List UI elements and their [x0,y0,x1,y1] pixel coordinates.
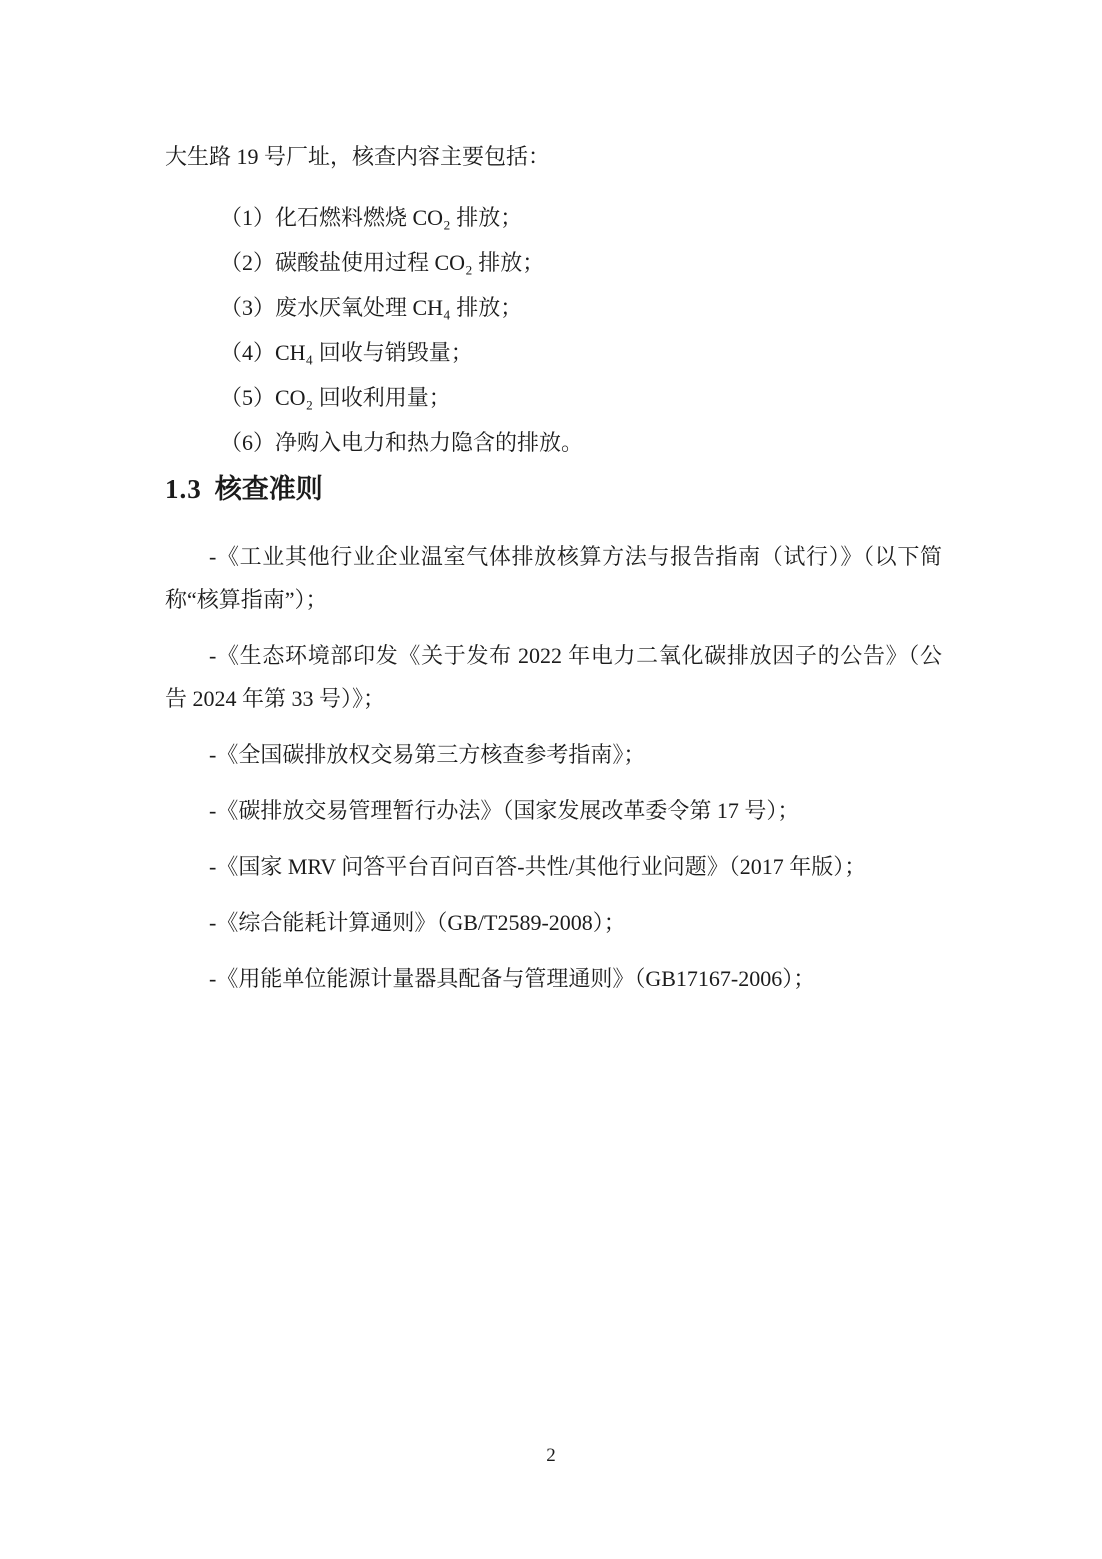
reference-item-5: -《国家 MRV 问答平台百问百答-共性/其他行业问题》（2017 年版）； [165,845,942,888]
scope-item-3: （3）废水厌氧处理 CH₄ 排放； [165,285,942,330]
verification-scope-list: （1）化石燃料燃烧 CO₂ 排放； （2）碳酸盐使用过程 CO₂ 排放； （3）… [165,195,942,465]
document-page: 大生路 19 号厂址，核查内容主要包括： （1）化石燃料燃烧 CO₂ 排放； （… [0,0,1102,1559]
reference-item-1: -《工业其他行业企业温室气体排放核算方法与报告指南（试行）》（以下简称“核算指南… [165,535,942,621]
reference-item-7: -《用能单位能源计量器具配备与管理通则》（GB17167-2006）； [165,957,942,1000]
scope-item-1: （1）化石燃料燃烧 CO₂ 排放； [165,195,942,240]
page-content: 大生路 19 号厂址，核查内容主要包括： （1）化石燃料燃烧 CO₂ 排放； （… [165,141,942,1000]
page-number: 2 [0,1443,1102,1469]
intro-paragraph: 大生路 19 号厂址，核查内容主要包括： [165,141,942,173]
scope-item-6: （6）净购入电力和热力隐含的排放。 [165,420,942,465]
scope-item-4: （4）CH₄ 回收与销毁量； [165,330,942,375]
reference-item-4: -《碳排放交易管理暂行办法》（国家发展改革委令第 17 号）； [165,789,942,832]
reference-item-6: -《综合能耗计算通则》（GB/T2589-2008）； [165,901,942,944]
reference-item-2: -《生态环境部印发《关于发布 2022 年电力二氧化碳排放因子的公告》（公告 2… [165,634,942,720]
section-title: 核查准则 [215,474,323,504]
section-heading: 1.3核查准则 [165,471,942,507]
section-number: 1.3 [165,474,202,504]
reference-item-3: -《全国碳排放权交易第三方核查参考指南》； [165,733,942,776]
scope-item-5: （5）CO₂ 回收利用量； [165,375,942,420]
scope-item-2: （2）碳酸盐使用过程 CO₂ 排放； [165,240,942,285]
